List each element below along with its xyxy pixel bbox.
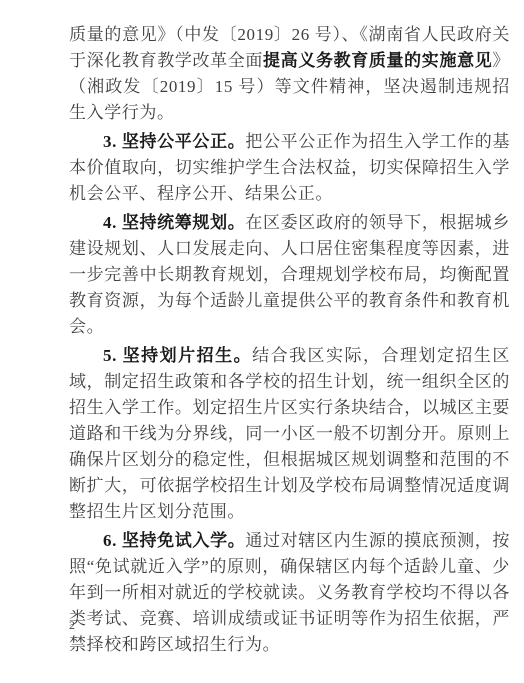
page-number: 2	[69, 619, 75, 631]
paragraph-section-5: 5. 坚持划片招生。结合我区实际，合理划定招生区域，制定招生政策和各学校的招生计…	[69, 343, 510, 525]
paragraph-section-3: 3. 坚持公平公正。把公平公正作为招生入学工作的基本价值取向，切实维护学生合法权…	[69, 129, 510, 207]
bold-run: 3. 坚持公平公正。	[103, 132, 245, 151]
paragraph-intro-continuation: 质量的意见》（中发〔2019〕26 号）、《湖南省人民政府关于深化教育教学改革全…	[69, 22, 510, 126]
paragraph-section-4: 4. 坚持统筹规划。在区委区政府的领导下，根据城乡建设规划、人口发展走向、人口居…	[69, 210, 510, 340]
bold-run: 提高义务教育质量的实施意见	[263, 51, 492, 70]
bold-run: 4. 坚持统筹规划。	[103, 213, 245, 232]
document-body: 质量的意见》（中发〔2019〕26 号）、《湖南省人民政府关于深化教育教学改革全…	[69, 22, 510, 658]
document-page: 质量的意见》（中发〔2019〕26 号）、《湖南省人民政府关于深化教育教学改革全…	[0, 0, 524, 683]
bold-run: 6. 坚持免试入学。	[103, 531, 245, 550]
text-run: 结合我区实际，合理划定招生区域，制定招生政策和各学校的招生计划，统一组织全区的招…	[69, 346, 510, 521]
bold-run: 5. 坚持划片招生。	[103, 346, 252, 365]
paragraph-section-6: 6. 坚持免试入学。通过对辖区内生源的摸底预测，按照“免试就近入学”的原则，确保…	[69, 528, 510, 658]
